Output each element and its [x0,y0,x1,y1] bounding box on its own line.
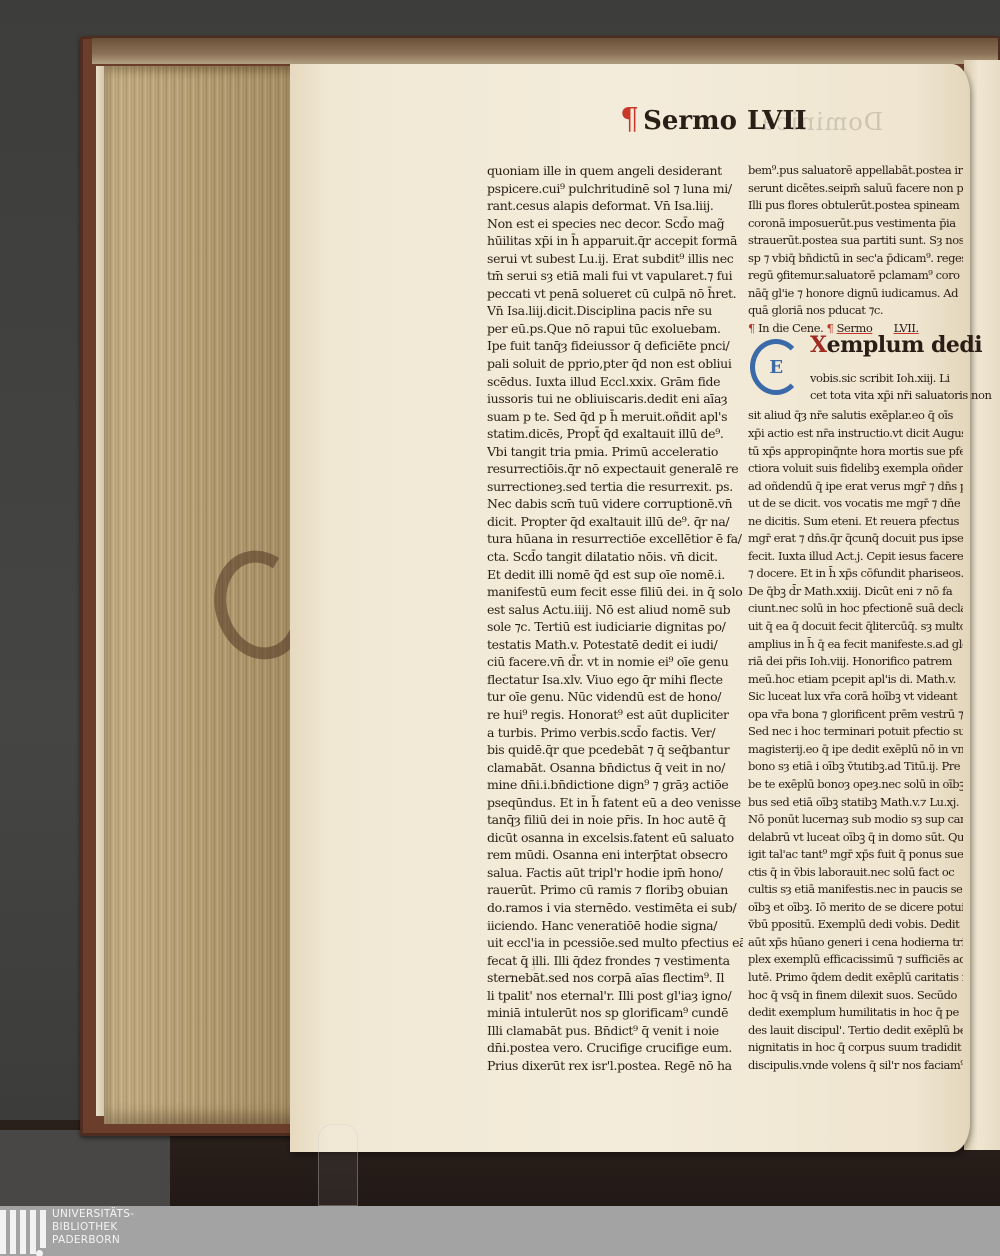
text-line: mgr̄ erat ⁊ dn̄s.q̄r q̄cunq̄ docuit pus … [748,530,963,548]
text-line: De q̄bꝫ d̄r Math.xxiij. Dicūt eni ⁊ nō f… [748,583,963,601]
text-line: statim.dicēs, Propt̄ q̄d exaltauit illū … [487,425,743,443]
text-line: scēdus. Iuxta illud Eccl.xxix. Grām fide [487,373,743,391]
text-line: Vbi tangit tria pmia. Primū acceleratio [487,443,743,461]
text-line: meū.hoc etiam pcepit apl'is di. Math.v. [748,671,963,689]
text-line: surrectioneȝ.sed tertia die resurrexit. … [487,478,743,496]
text-line: cet tota vita xp̄i nr̄i saluatoris non [810,387,991,405]
text-line: testatis Math.v. Potestatē dedit ei iudi… [487,636,743,654]
text-line: riā dei pr̄is Ioh.viij. Honorifico patre… [748,653,963,671]
incipit-capital: X [810,332,827,358]
text-line: resurrectiōis.q̄r nō expectauit generalē… [487,460,743,478]
right-column-continuation: bem⁹.pus saluatorē appellabāt.postea irr… [748,162,963,320]
institution-line: PADERBORN [52,1234,134,1247]
text-line: discipulis.vnde volens q̄ sil'r nos faci… [748,1057,963,1075]
text-line: bis quidē.q̄r que pcedebāt ⁊ q̄ seq̄bant… [487,741,743,759]
text-line: tanq̄ȝ filiū dei in noie pr̄is. In hoc a… [487,811,743,829]
right-column-body: sit aliud q̄ȝ nr̄e salutis exēplar.eo q̄… [748,407,963,1074]
text-line: magisterij.eo q̄ ipe dedit exēplū nō in … [748,741,963,759]
text-line: rem mūdi. Osanna eni interp̄tat obsecro [487,846,743,864]
text-line: manifestū eum fecit esse filiū dei. in q… [487,583,743,601]
text-line: strauerūt.postea sua partiti sunt. Sȝ no… [748,232,963,250]
text-line: ⁊ docere. Et in h̄ xp̄s cōfundit pharise… [748,565,963,583]
text-line: tū xp̄s appropinq̄nte hora mortis sue pf… [748,443,963,461]
text-line: clamabāt. Osanna bn̄dictus q̄ veit in no… [487,759,743,777]
initial-letter: E [769,359,782,377]
text-line: Et dedit illi nomē q̄d est sup oīe nomē.… [487,566,743,584]
text-line: cta. Scd̄o tangit dilatatio nōis. vn̄ di… [487,548,743,566]
text-line: Prius dixerūt rex isr'l.postea. Regē nō … [487,1057,743,1075]
text-line: ne dicitis. Sum eteni. Et reuera pfectus [748,513,963,531]
text-line: re hui⁹ regis. Honorat⁹ est aūt duplicit… [487,706,743,724]
text-line: per eū.ps.Que nō rapui tūc exoluebam. [487,320,743,338]
text-line: uit q̄ ea q̄ docuit fecit q̄litercūq̄. s… [748,618,963,636]
text-line: bem⁹.pus saluatorē appellabāt.postea irr… [748,162,963,180]
left-text-column: quoniam ille in quem angeli desiderantps… [487,162,743,1074]
pilcrow-icon: ¶ [748,321,755,335]
text-line: do.ramos i via sternēdo. vestimēta ei su… [487,899,743,917]
incipit: Xemplum dedi [810,337,982,355]
text-line: quā gloriā nos pducat ⁊c. [748,302,963,320]
text-line: aūt xp̄s hūano generi i cena hodierna tr… [748,934,963,952]
text-line: bono sȝ etiā i oībꝫ v̄tutibꝫ.ad Titū.ij.… [748,758,963,776]
text-line: Illi clamabāt pus. Bn̄dict⁹ q̄ venit i n… [487,1022,743,1040]
text-line: dedit exemplum humilitatis in hoc q̄ pe [748,1004,963,1022]
logo-dot-icon [36,1250,43,1256]
text-line: des lauit discipul'. Tertio dedit exēplū… [748,1022,963,1040]
text-line: est salus Actu.iiij. Nō est aliud nomē s… [487,601,743,619]
text-line: amplius in h̄ q̄ ea fecit manifeste.s.ad… [748,636,963,654]
text-line: Nō ponūt lucernaȝ sub modio sȝ sup can [748,811,963,829]
header-sermon-number: LVII [747,106,807,136]
text-line: miniā intulerūt nos sp glorificam⁹ cundē [487,1004,743,1022]
text-line: Sic luceat lux vr̄a corā hoībꝫ vt videan… [748,688,963,706]
incipit-text: emplum dedi [827,332,983,358]
text-line: sp ⁊ vbiq̄ bn̄dictū in sec'a p̄dicam⁹. r… [748,250,963,268]
text-line: tura hūana in resurrectiōe excellētior ē… [487,530,743,548]
text-line: sit aliud q̄ȝ nr̄e salutis exēplar.eo q̄… [748,407,963,425]
text-line: flectatur Isa.xlv. Viuo ego q̄r mihi fle… [487,671,743,689]
text-line: suam p te. Sed q̄d p h̄ meruit.oñdit apl… [487,408,743,426]
footer-logo-bar: UNIVERSITÄTS- BIBLIOTHEK PADERBORN [0,1206,1000,1256]
text-line: vobis.sic scribit Ioh.xiij. Li [810,370,950,388]
book-top-edge [92,38,998,64]
text-line: plex exemplū efficacissimū ⁊ sufficiēs a… [748,951,963,969]
text-line: Vn̄ Isa.liij.dicit.Disciplina pacis nr̄e… [487,302,743,320]
text-line: oībꝫ et oībꝫ. Iō merito de se dicere pot… [748,899,963,917]
text-line: regū ꝯfitemur.saluatorē pclamam⁹ coro [748,267,963,285]
text-line: nāq̄ gl'ie ⁊ honore dignū iudicamus. Ad [748,285,963,303]
text-line: a turbis. Primo verbis.scd̄o factis. Ver… [487,724,743,742]
text-line: v̄bū ppositū. Exemplū dedi vobis. Dedit [748,916,963,934]
initial-block: E Xemplum dedi vobis.sic scribit Ioh.xii… [748,337,963,407]
right-text-column: bem⁹.pus saluatorē appellabāt.postea irr… [748,162,963,1074]
text-line: iussoris tui ne obliuiscaris.dedit eni a… [487,390,743,408]
text-line: be te exēplū bonoȝ opeȝ.nec solū in oībꝫ [748,776,963,794]
text-line: ut de se dicit. vos vocatis me mgr̄ ⁊ dn… [748,495,963,513]
text-line: iiciendo. Hanc veneratiōē hodie signa/ [487,917,743,935]
transparent-page-clip [318,1124,358,1206]
text-line: pspicere.cui⁹ pulchritudinē sol ⁊ luna m… [487,180,743,198]
library-logo-icon [0,1210,46,1254]
illuminated-initial: E [750,339,802,395]
text-line: dicit. Propter q̄d exaltauit illū de⁹. q… [487,513,743,531]
text-line: cultis sȝ etiā manifestis.nec in paucis … [748,881,963,899]
text-line: xp̄i actio est nr̄a instructio.vt dicit … [748,425,963,443]
text-line: ctiora voluit suis fidelibꝫ exempla oñde… [748,460,963,478]
table-surface [0,1130,170,1206]
text-line: rant.cesus alapis deformat. Vn̄ Isa.liij… [487,197,743,215]
text-line: Sed nec i hoc terminari potuit pfectio s… [748,723,963,741]
text-line: mine dn̄i.i.bn̄dictione dign⁹ ⁊ grāȝ act… [487,776,743,794]
institution-name: UNIVERSITÄTS- BIBLIOTHEK PADERBORN [52,1208,134,1247]
pilcrow-icon: ¶ [620,102,639,137]
text-line: sole ⁊c. Tertiū est iudiciarie dignitas … [487,618,743,636]
text-line: fecit. Iuxta illud Act.j. Cepit iesus fa… [748,548,963,566]
text-line: quoniam ille in quem angeli desiderant [487,162,743,180]
institution-line: UNIVERSITÄTS- [52,1208,134,1221]
text-line: pali soluit de pprio,pter q̄d non est ob… [487,355,743,373]
text-line: sternebāt.sed nos corpā aīas flectim⁹. I… [487,969,743,987]
text-line: uit eccl'ia in pcessiōe.sed multo pfecti… [487,934,743,952]
text-line: li tpalit' nos eternal'r. Illi post gl'i… [487,987,743,1005]
text-line: opa vr̄a bona ⁊ glorificent prēm vestrū … [748,706,963,724]
text-line: tm̄ serui sȝ etiā mali fui vt vapularet.… [487,267,743,285]
text-line: peccati vt penā solueret cū culpā nō h̄r… [487,285,743,303]
text-line: coronā imposuerūt.pus vestimenta p̄ia [748,215,963,233]
text-line: Illi pus flores obtulerūt.postea spineam [748,197,963,215]
text-line: delabrū vt luceat oībꝫ q̄ in domo sūt. Q… [748,829,963,847]
text-line: serui vt subest Lu.ij. Erat subdit⁹ illi… [487,250,743,268]
text-line: Non est ei species nec decor. Scd̄o mag̃ [487,215,743,233]
text-line: ciunt.nec solū in hoc pfectionē suā decl… [748,600,963,618]
running-header: ¶ Sermo LVII [620,102,807,137]
header-title: Sermo [643,106,737,136]
text-line: nignitatis in hoc q̄ corpus suum tradidi… [748,1039,963,1057]
text-line: rauerūt. Primo cū ramis ⁊ floribꝫ obuian [487,881,743,899]
text-line: hūilitas xp̄i in h̄ apparuit.q̄r accepit… [487,232,743,250]
text-line: bus sed etiā oībꝫ statibꝫ Math.v.⁊ Lu.xj… [748,794,963,812]
text-line: hoc q̄ vsq̄ in finem dilexit suos. Secūd… [748,987,963,1005]
text-line: dicūt osanna in excelsis.fatent eū salua… [487,829,743,847]
text-line: dn̄i.postea vero. Crucifige crucifige eu… [487,1039,743,1057]
margin-mark: ℹ ʃ [525,958,536,971]
text-line: igit tal'ac tant⁹ mgr̄ xp̄s fuit q̄ ponu… [748,846,963,864]
text-line: serunt dicētes.seipm̄ saluū facere non p… [748,180,963,198]
text-line: ctis q̄ in v̄bis laborauit.nec solū fact… [748,864,963,882]
text-line: Nec dabis scm̄ tuū videre corruptionē.vn… [487,495,743,513]
text-line: tur oīe genu. Nūc videndū est de hono/ [487,688,743,706]
text-line: Ipe fuit tanq̄ȝ fideiussor q̄ deficiēte … [487,337,743,355]
text-line: ad oñdendū q̄ ipe erat verus mgr̄ ⁊ dn̄s… [748,478,963,496]
text-line: ciū facere.vn̄ d̄r. vt in nomie ei⁹ oīe … [487,653,743,671]
text-line: salua. Factis aūt tripl'r hodie ipm̄ hon… [487,864,743,882]
institution-line: BIBLIOTHEK [52,1221,134,1234]
text-line: pseqūndus. Et in h̄ fatent eū a deo veni… [487,794,743,812]
text-line: lutē. Primo q̄dem dedit exēplū caritatis… [748,969,963,987]
